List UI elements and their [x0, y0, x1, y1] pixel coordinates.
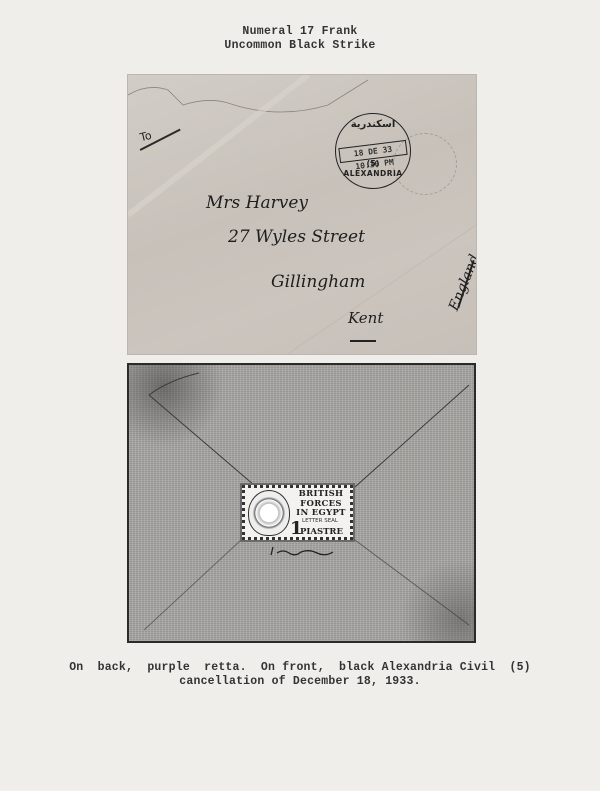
- caption-line-1: On back, purple retta. On front, black A…: [0, 661, 600, 675]
- address-line-county: Kent: [348, 309, 383, 327]
- page-title: Numeral 17 Frank Uncommon Black Strike: [0, 25, 600, 53]
- address-line-name: Mrs Harvey: [206, 193, 308, 213]
- page-caption: On back, purple retta. On front, black A…: [0, 661, 600, 689]
- envelope-back-photocopy: BRITISH FORCES IN EGYPT 1 LETTER SEAL PI…: [127, 363, 476, 643]
- caption-line-2: cancellation of December 18, 1933.: [0, 675, 600, 689]
- crown-emblem-icon: [248, 490, 290, 536]
- letter-seal-stamp: BRITISH FORCES IN EGYPT 1 LETTER SEAL PI…: [242, 485, 353, 540]
- envelope-creases: [128, 75, 476, 354]
- title-line-1: Numeral 17 Frank: [0, 25, 600, 39]
- postmark-office-number: (5): [336, 159, 410, 168]
- address-line-street: 27 Wyles Street: [228, 227, 365, 247]
- county-underline: [350, 340, 376, 342]
- postmark-city: ALEXANDRIA: [336, 169, 410, 178]
- address-line-town: Gillingham: [271, 272, 365, 292]
- seal-title: BRITISH FORCES IN EGYPT: [292, 490, 350, 519]
- seal-type: LETTER SEAL: [302, 518, 338, 524]
- handwritten-scribble: [269, 545, 339, 559]
- alexandria-postmark: اسكندرية 18 DE 33 10.30 PM (5) ALEXANDRI…: [335, 113, 411, 189]
- seal-value-unit: PIASTRE: [300, 527, 343, 537]
- envelope-front-image: To Mrs Harvey 27 Wyles Street Gillingham…: [128, 75, 476, 354]
- title-line-2: Uncommon Black Strike: [0, 39, 600, 53]
- postmark-arabic-text: اسكندرية: [336, 119, 410, 130]
